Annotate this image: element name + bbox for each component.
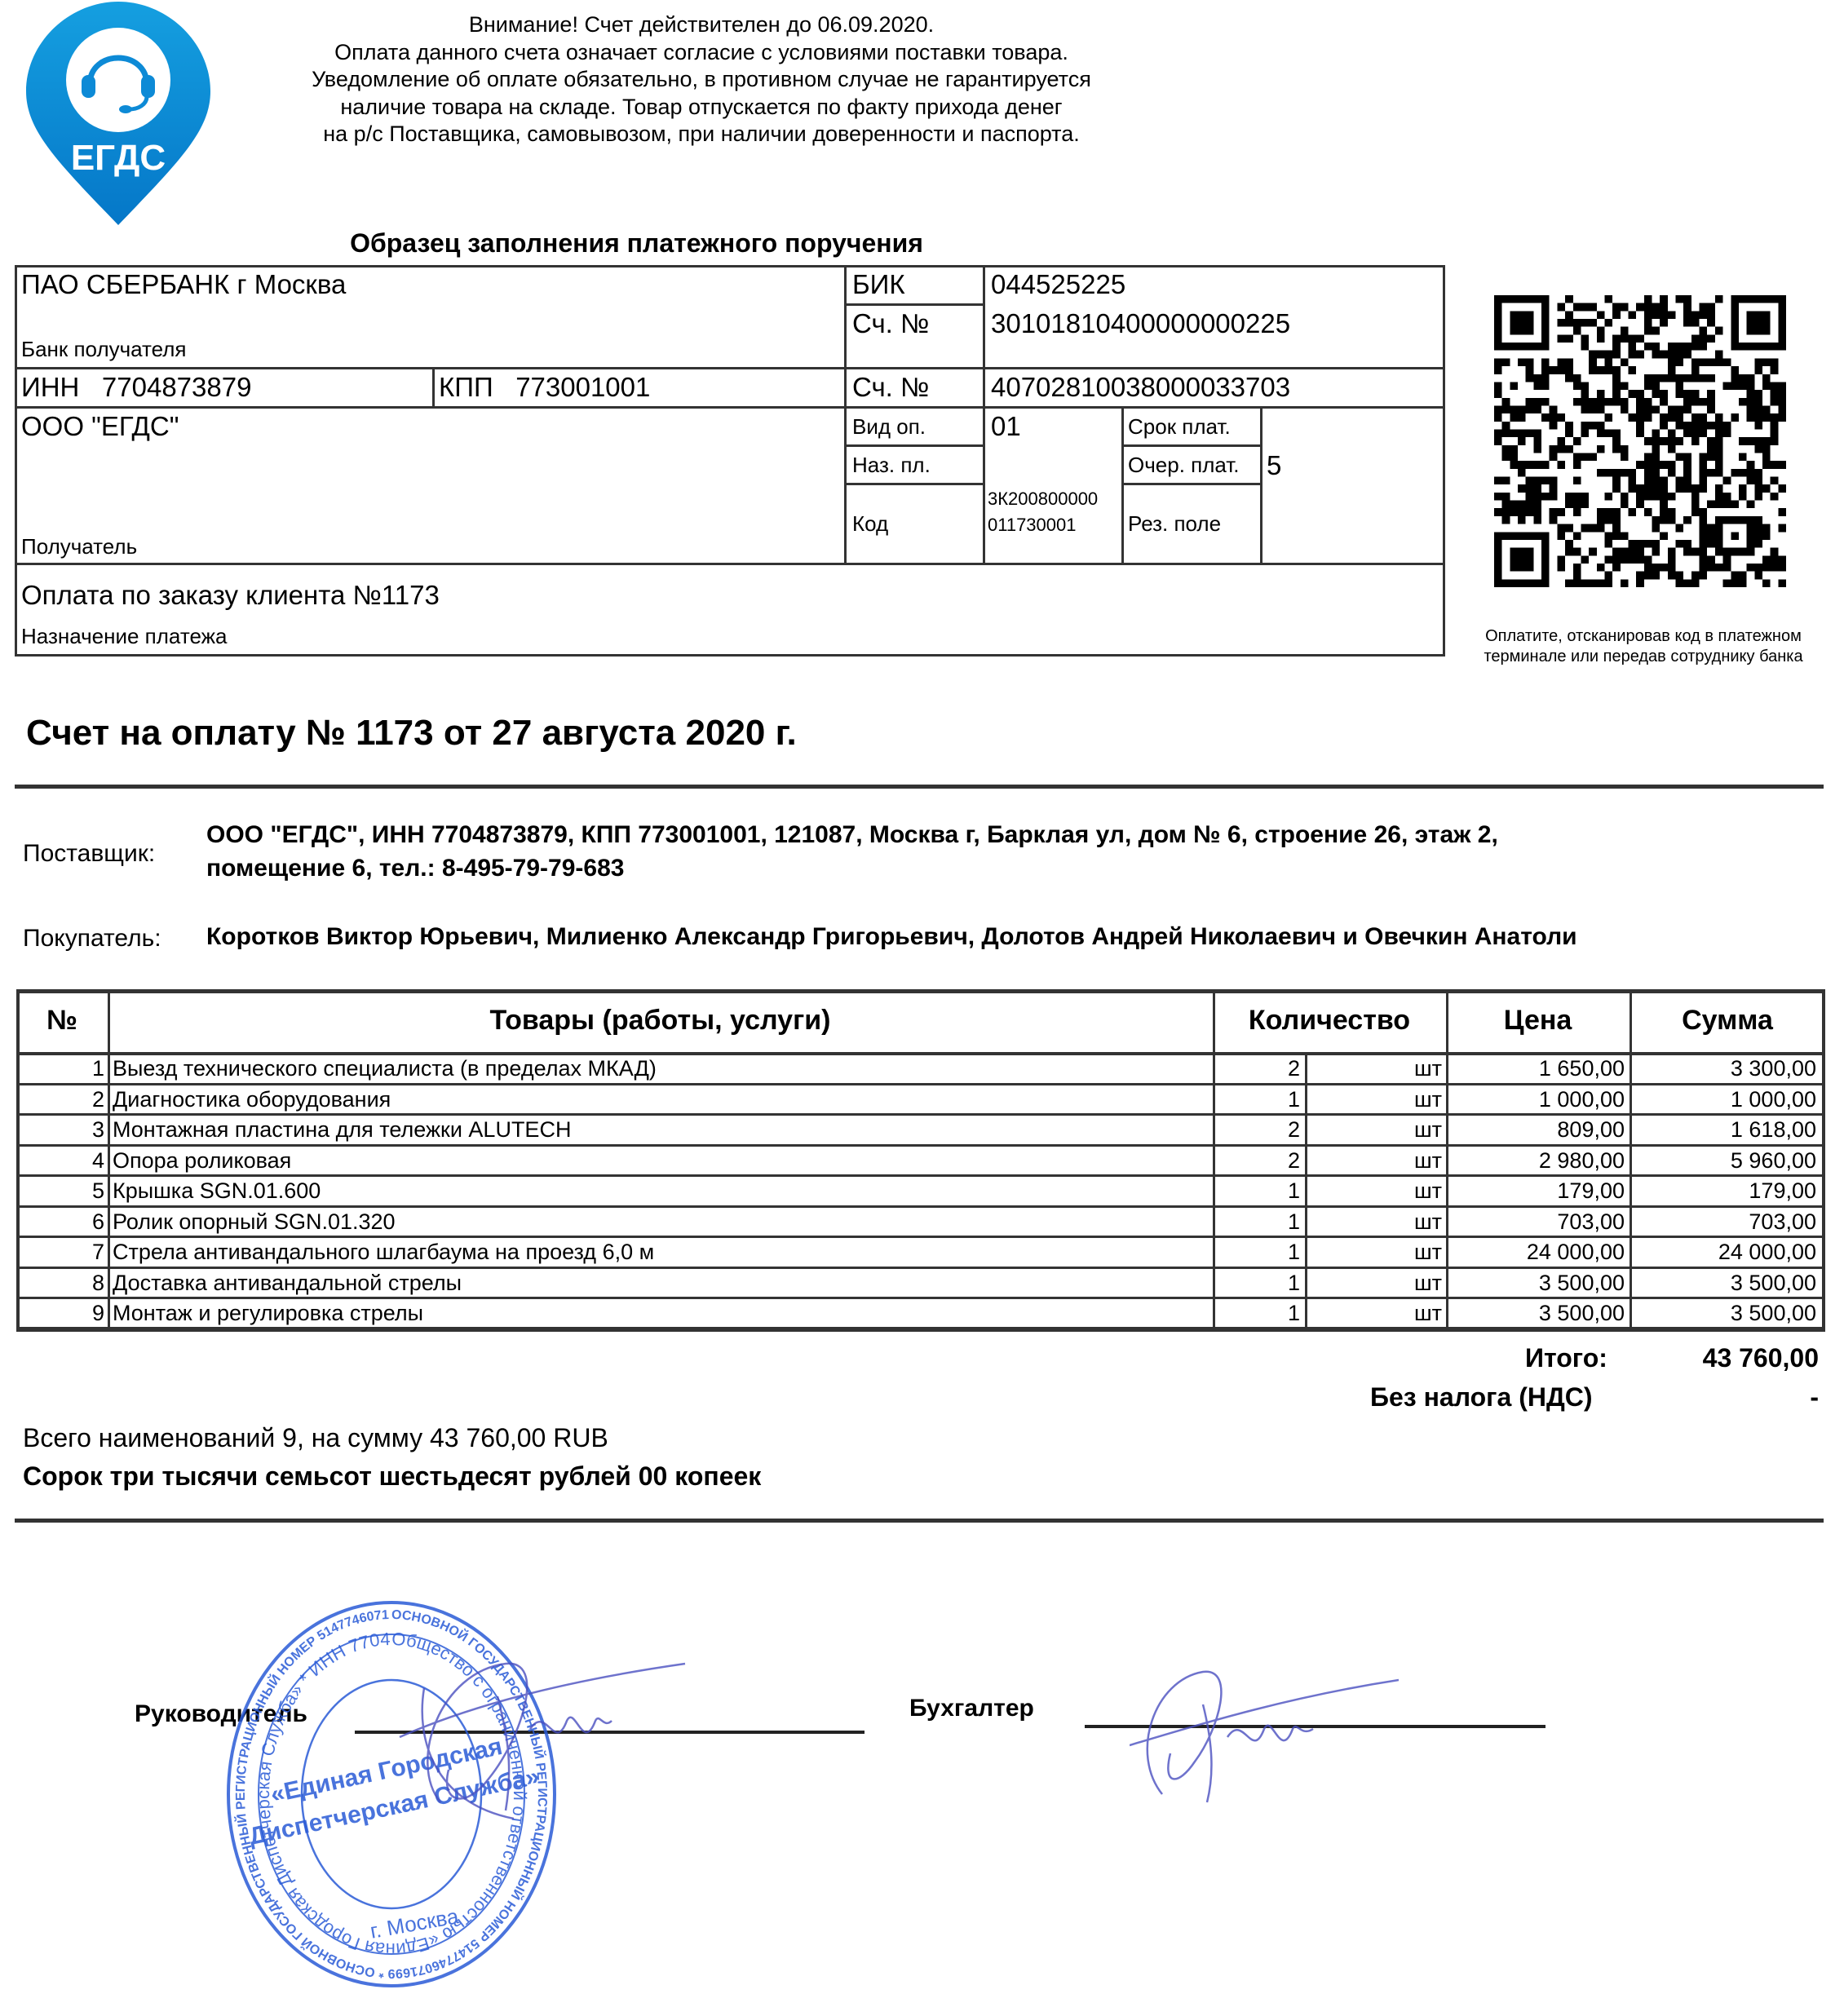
vat-label: Без налога (НДС): [1370, 1382, 1593, 1413]
cell-qty: 2: [1215, 1115, 1300, 1145]
cell-qty: 2: [1215, 1146, 1300, 1176]
cell-name: Доставка антивандальной стрелы: [113, 1268, 1209, 1298]
table-grid-line: [16, 989, 1825, 993]
qr-code-icon: [1494, 295, 1786, 587]
cell-qty: 1: [1215, 1207, 1300, 1237]
director-signature-icon: [391, 1639, 693, 1835]
col-header-price: Цена: [1446, 989, 1630, 1052]
supplier-details: ООО "ЕГДС", ИНН 7704873879, КПП 77300100…: [206, 818, 1498, 885]
payment-purpose-label: Назначение платежа: [21, 624, 227, 649]
cell-sum: 1 618,00: [1632, 1115, 1816, 1145]
cell-num: 2: [16, 1085, 104, 1115]
cell-num: 7: [16, 1237, 104, 1267]
notice-line: Оплата данного счета означает согласие с…: [269, 39, 1134, 67]
account-label: Сч. №: [852, 372, 929, 403]
qr-caption: Оплатите, отсканировав код в платежном т…: [1460, 626, 1827, 667]
accountant-signature-icon: [1130, 1656, 1399, 1819]
accountant-label: Бухгалтер: [909, 1695, 1034, 1722]
cell-price: 3 500,00: [1448, 1298, 1625, 1329]
table-grid-line: [1305, 1052, 1307, 1328]
op-type-value: 01: [991, 411, 1021, 442]
cell-sum: 179,00: [1632, 1176, 1816, 1206]
cell-num: 1: [16, 1054, 104, 1084]
code-label: Код: [852, 511, 888, 537]
cell-name: Выезд технического специалиста (в предел…: [113, 1054, 1209, 1084]
recipient-label: Получатель: [21, 534, 137, 559]
cell-sum: 3 500,00: [1632, 1268, 1816, 1298]
inn-label: ИНН 7704873879: [21, 372, 251, 403]
cell-price: 809,00: [1448, 1115, 1625, 1145]
items-summary: Всего наименований 9, на сумму 43 760,00…: [23, 1423, 608, 1453]
cell-price: 179,00: [1448, 1176, 1625, 1206]
col-header-sum: Сумма: [1630, 989, 1825, 1052]
reserve-label: Рез. поле: [1128, 511, 1221, 537]
bank-name: ПАО СБЕРБАНК г Москва: [21, 269, 346, 300]
invoice-title: Счет на оплату № 1173 от 27 августа 2020…: [26, 713, 797, 754]
notice-line: Внимание! Счет действителен до 06.09.202…: [269, 11, 1134, 39]
kpp-label: КПП 773001001: [439, 372, 650, 403]
cell-qty: 2: [1215, 1054, 1300, 1084]
cell-num: 3: [16, 1115, 104, 1145]
account-value: 40702810038000033703: [991, 372, 1290, 403]
code-value: 3К200800000011730001: [988, 486, 1098, 538]
due-label: Срок плат.: [1128, 414, 1231, 440]
notice-line: Уведомление об оплате обязательно, в про…: [269, 66, 1134, 94]
invoice-notice: Внимание! Счет действителен до 06.09.202…: [269, 11, 1134, 148]
priority-label: Очер. плат.: [1128, 453, 1240, 478]
cell-num: 4: [16, 1146, 104, 1176]
inn-value: 7704873879: [102, 372, 252, 402]
col-header-num: №: [16, 989, 108, 1052]
payment-purpose: Оплата по заказу клиента №1173: [21, 580, 440, 611]
bik-value: 044525225: [991, 269, 1125, 300]
cell-name: Опора роликовая: [113, 1146, 1209, 1176]
cell-name: Ролик опорный SGN.01.320: [113, 1207, 1209, 1237]
cell-unit: шт: [1308, 1054, 1442, 1084]
cell-num: 9: [16, 1298, 104, 1329]
cell-name: Диагностика оборудования: [113, 1085, 1209, 1115]
buyer-label: Покупатель:: [23, 925, 161, 953]
company-logo: ЕГДС: [24, 0, 212, 228]
svg-text:ЕГДС: ЕГДС: [71, 138, 166, 178]
table-grid-line: [108, 989, 110, 1328]
buyer-details: Коротков Виктор Юрьевич, Милиенко Алекса…: [206, 920, 1577, 953]
cell-price: 24 000,00: [1448, 1237, 1625, 1267]
cell-qty: 1: [1215, 1237, 1300, 1267]
op-type-label: Вид оп.: [852, 414, 926, 440]
corr-account-value: 30101810400000000225: [991, 308, 1290, 339]
kpp-value: 773001001: [515, 372, 650, 402]
cell-name: Монтаж и регулировка стрелы: [113, 1298, 1209, 1329]
supplier-label: Поставщик:: [23, 840, 155, 868]
amount-in-words: Сорок три тысячи семьсот шестьдесят рубл…: [23, 1461, 761, 1492]
recipient-name: ООО "ЕГДС": [21, 411, 179, 442]
cell-unit: шт: [1308, 1085, 1442, 1115]
total-label: Итого:: [1525, 1343, 1607, 1373]
divider: [15, 785, 1824, 789]
purpose-code-label: Наз. пл.: [852, 453, 931, 478]
cell-unit: шт: [1308, 1176, 1442, 1206]
cell-sum: 24 000,00: [1632, 1237, 1816, 1267]
cell-price: 1 000,00: [1448, 1085, 1625, 1115]
notice-line: на р/с Поставщика, самовывозом, при нали…: [269, 121, 1134, 148]
cell-sum: 703,00: [1632, 1207, 1816, 1237]
logo-pin-icon: ЕГДС: [24, 0, 212, 228]
notice-line: наличие товара на складе. Товар отпускае…: [269, 94, 1134, 122]
cell-sum: 3 300,00: [1632, 1054, 1816, 1084]
col-header-name: Товары (работы, услуги): [108, 989, 1213, 1052]
corr-account-label: Сч. №: [852, 308, 929, 339]
cell-unit: шт: [1308, 1298, 1442, 1329]
vat-value: -: [1810, 1382, 1819, 1413]
cell-unit: шт: [1308, 1146, 1442, 1176]
cell-qty: 1: [1215, 1268, 1300, 1298]
cell-name: Стрела антивандального шлагбаума на прое…: [113, 1237, 1209, 1267]
col-header-qty: Количество: [1213, 989, 1446, 1052]
cell-num: 6: [16, 1207, 104, 1237]
cell-price: 3 500,00: [1448, 1268, 1625, 1298]
cell-num: 5: [16, 1176, 104, 1206]
cell-price: 703,00: [1448, 1207, 1625, 1237]
items-table: № Товары (работы, услуги) Количество Цен…: [16, 989, 1825, 1328]
table-grid-line: [1822, 989, 1825, 1331]
cell-unit: шт: [1308, 1268, 1442, 1298]
priority-value: 5: [1267, 450, 1281, 481]
cell-unit: шт: [1308, 1207, 1442, 1237]
cell-sum: 1 000,00: [1632, 1085, 1816, 1115]
cell-name: Монтажная пластина для тележки ALUTECH: [113, 1115, 1209, 1145]
cell-price: 2 980,00: [1448, 1146, 1625, 1176]
divider: [15, 1519, 1824, 1523]
cell-qty: 1: [1215, 1298, 1300, 1329]
cell-price: 1 650,00: [1448, 1054, 1625, 1084]
payment-sample-title: Образец заполнения платежного поручения: [0, 228, 1844, 259]
cell-sum: 5 960,00: [1632, 1146, 1816, 1176]
cell-qty: 1: [1215, 1176, 1300, 1206]
cell-num: 8: [16, 1268, 104, 1298]
total-value: 43 760,00: [1703, 1343, 1819, 1373]
bik-label: БИК: [852, 269, 905, 300]
cell-sum: 3 500,00: [1632, 1298, 1816, 1329]
cell-unit: шт: [1308, 1115, 1442, 1145]
bank-label: Банк получателя: [21, 337, 187, 362]
cell-name: Крышка SGN.01.600: [113, 1176, 1209, 1206]
cell-unit: шт: [1308, 1237, 1442, 1267]
payment-sample-table: ПАО СБЕРБАНК г Москва Банк получателя БИ…: [15, 265, 1445, 657]
cell-qty: 1: [1215, 1085, 1300, 1115]
